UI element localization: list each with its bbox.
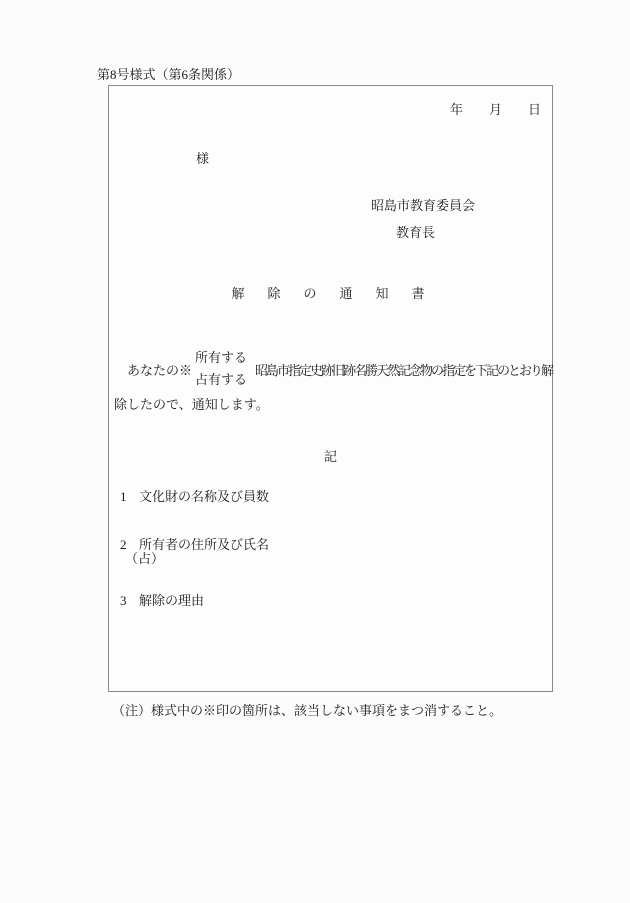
form-border-box: 年 月 日 様 昭島市教育委員会 教育長 解 除 の 通 知 書 あなたの※ 所…	[108, 85, 553, 692]
list-item-2: 2所有者の住所及び氏名 （占）	[120, 538, 269, 566]
item-2-number: 2	[120, 538, 139, 552]
ownership-choice-stack: 所有する 占有する	[195, 347, 247, 391]
issuer-organization: 昭島市教育委員会	[371, 195, 475, 214]
date-line: 年 月 日	[109, 99, 552, 118]
item-2-sub-label: （占）	[125, 552, 269, 566]
item-3-number: 3	[120, 594, 139, 608]
issuer-title: 教育長	[396, 222, 435, 241]
choice-own: 所有する	[195, 347, 247, 369]
footnote: （注）様式中の※印の箇所は、該当しない事項をまつ消すること。	[112, 700, 502, 719]
choice-occupy: 占有する	[195, 369, 247, 391]
item-2-label: 所有者の住所及び氏名	[139, 537, 269, 552]
ki-section-label: 記	[109, 446, 552, 465]
body-line1-rest: 昭島市指定史跡旧跡名勝天然記念物の指定を下記のとおり解	[255, 360, 552, 379]
item-1-number: 1	[120, 490, 139, 504]
body-paragraph-line2: 除したので、通知します。	[114, 394, 269, 413]
list-item-3: 3解除の理由	[120, 594, 204, 608]
addressee-suffix: 様	[196, 148, 209, 167]
body-prefix: あなたの※	[127, 360, 192, 379]
item-3-label: 解除の理由	[139, 593, 204, 608]
document-page: 第8号様式（第6条関係） 年 月 日 様 昭島市教育委員会 教育長 解 除 の …	[0, 0, 630, 903]
list-item-1: 1文化財の名称及び員数	[120, 490, 269, 504]
document-title: 解 除 の 通 知 書	[109, 283, 552, 302]
body-paragraph-line1: あなたの※ 所有する 占有する 昭島市指定史跡旧跡名勝天然記念物の指定を下記のと…	[127, 347, 552, 391]
form-number-title: 第8号様式（第6条関係）	[97, 64, 240, 83]
item-1-label: 文化財の名称及び員数	[139, 489, 269, 504]
